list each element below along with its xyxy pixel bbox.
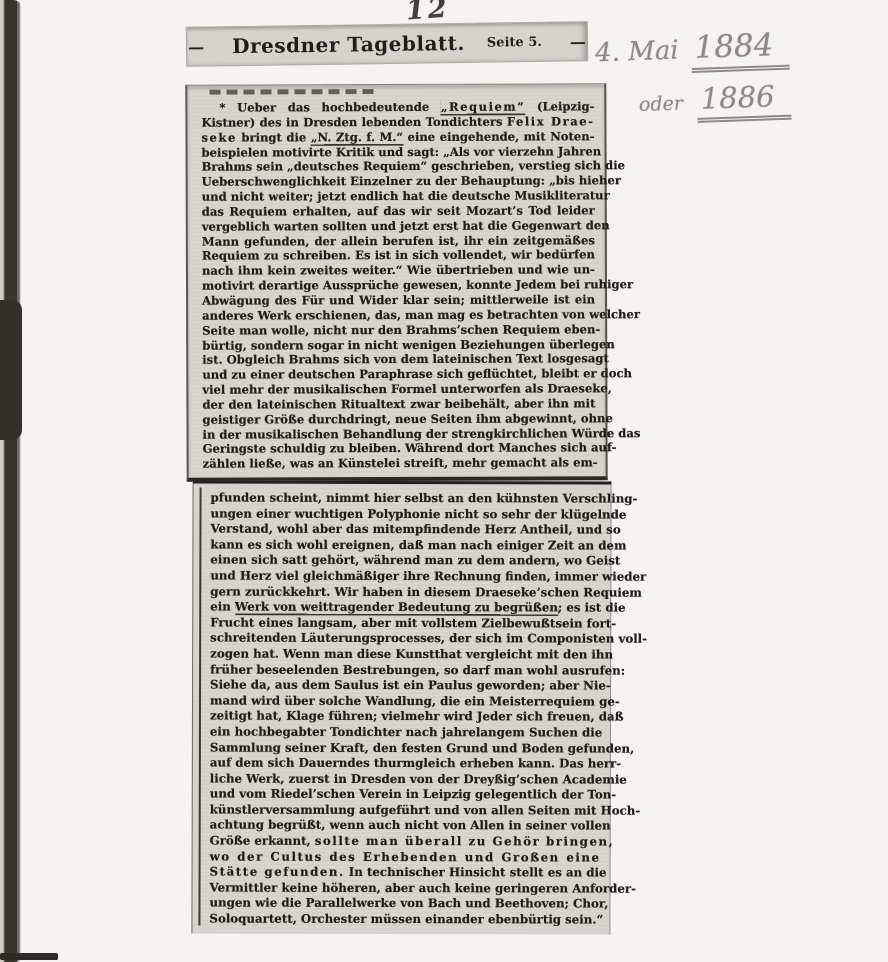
text-segment: Werk von weittragender Bedeutung zu begr… [235,600,558,615]
text-segment: pfunden scheint, nimmt hier selbst an de… [211,490,638,505]
text-line: schreitenden Läuterungsprocesses, der si… [210,631,601,648]
clipping2-text-column: pfunden scheint, nimmt hier selbst an de… [192,483,610,928]
text-segment: Kistner) des in Dresden lebenden Tondich… [201,114,507,129]
masthead-page-label: Seite 5. [487,34,542,50]
text-line: kann es sich wohl ereignen, daß man nach… [210,537,601,554]
text-segment: mand wird über solche Wandlung, die ein … [210,693,620,708]
text-segment: anderes Werk erschienen, das, man mag es… [202,307,640,323]
text-line: auf dem sich Dauerndes thurmgleich erheb… [210,756,601,773]
text-line: und nicht weiter; jetzt endlich hat die … [202,188,595,204]
text-segment: das Requiem erhalten, auf das wir seit M… [202,203,595,218]
text-segment: und vom Riedel’schen Verein in Leipzig g… [210,787,616,802]
date-year-1886: 1886 [696,79,791,123]
text-line: Kistner) des in Dresden lebenden Tondich… [201,114,594,130]
text-line: bürtig, sondern sogar in nicht wenigen B… [202,337,595,353]
text-segment: wo der Cultus des Erhebenden und Großen … [210,849,601,864]
text-line: künstlerversammlung aufgeführt und von a… [210,802,601,819]
text-line: Verstand, wohl aber das mitempfindende H… [210,522,601,539]
masthead-dash-left: — [188,37,204,56]
text-line: beispielen motivirte Kritik und sagt: „A… [202,144,595,160]
text-line: anderes Werk erschienen, das, man mag es… [202,307,595,323]
text-line: Geringste schuldig zu bleiben. Während d… [203,441,596,457]
text-line: achtung begrüßt, wenn auch nicht von All… [210,818,601,835]
text-segment: nach ihm kein zweites weiter.“ Wie übert… [202,263,595,278]
text-segment: ein hochbegabter Tondichter nach jahrela… [210,724,602,739]
text-segment: Brahms sein „deutsches Requiem“ geschrie… [202,159,625,174]
news-clipping-part-1: * Ueber das hochbedeutende „Requiem“ (Le… [185,83,607,481]
news-clipping-part-2: pfunden scheint, nimmt hier selbst an de… [191,480,611,934]
text-segment: Requiem zu schreiben. Es ist in sich vol… [202,248,595,263]
text-segment: Geringste schuldig zu bleiben. Während d… [203,441,617,456]
text-segment: zählen ließe, was an Künstelei streift, … [203,456,598,471]
cutoff-text-fragment [209,89,379,95]
text-segment: Größe erkannt, [210,834,315,848]
text-segment: (Leipzig- [525,99,594,113]
text-line: der den lateinischen Ritualtext zwar bei… [202,396,595,412]
date-oder-label: oder [639,92,684,116]
text-segment: sollte man überall zu Gehör bringen, [315,834,615,849]
text-segment: Siehe da, aus dem Saulus ist ein Paulus … [210,678,611,693]
clipping1-text-column: * Ueber das hochbedeutende „Requiem“ (Le… [187,96,605,472]
text-line: seke bringt die „N. Ztg. f. M.“ eine ein… [201,129,594,145]
text-segment: kann es sich wohl ereignen, daß man nach… [210,537,626,552]
text-segment: in der musikalischen Behandlung der stre… [203,426,641,442]
text-segment: vergeblich warten sollten und jetzt erst… [202,218,610,233]
text-segment: einen sich satt gehört, während man zu d… [210,553,620,568]
text-segment: Abwägung des Für und Wider klar sein; mi… [202,292,595,307]
text-segment: Vermittler keine höheren, aber auch kein… [210,880,636,895]
text-segment: der den lateinischen Ritualtext zwar bei… [202,396,595,411]
text-segment: Frucht eines langsam, aber mit vollstem … [210,615,616,630]
text-line: in der musikalischen Behandlung der stre… [203,426,596,442]
text-segment: schreitenden Läuterungsprocesses, der si… [210,631,647,646]
text-segment: Mann gefunden, der allein berufen ist, i… [202,233,595,248]
book-binding-edge [0,0,22,962]
text-segment: und zu einer deutschen Paraphrase sich g… [202,366,632,381]
text-line: zeitigt hat, Klage führen; vielmehr wird… [210,709,601,726]
text-line: geistiger Größe durchdringt, neue Seiten… [202,411,595,427]
text-segment: ist. Obgleich Brahms sich von dem latein… [202,352,609,367]
text-line: einen sich satt gehört, während man zu d… [210,553,601,570]
masthead-clipping: — Dresdner Tageblatt. Seite 5. — [186,21,589,67]
text-segment: eine eingehende, mit Noten- [403,129,595,144]
text-segment: beispielen motivirte Kritik und sagt: „A… [202,144,602,159]
text-segment: Stätte gefunden. [210,865,345,879]
date-line-2: oder 1886 [596,79,792,127]
text-segment: bringt die [237,130,311,144]
text-line: das Requiem erhalten, auf das wir seit M… [202,203,595,219]
text-segment: Verstand, wohl aber das mitempfindende H… [210,522,620,537]
text-line: und zu einer deutschen Paraphrase sich g… [202,366,595,382]
text-segment: zeitigt hat, Klage führen; vielmehr wird… [210,709,624,724]
text-line: Mann gefunden, der allein berufen ist, i… [202,233,595,249]
text-segment: früher beseelenden Bestrebungen, so darf… [210,662,625,677]
text-segment: seke [201,130,236,144]
text-line: ungen einer wuchtigen Polyphonie nicht s… [210,506,601,523]
text-line: und vom Riedel’schen Verein in Leipzig g… [210,787,601,804]
text-segment: bürtig, sondern sogar in nicht wenigen B… [202,337,615,352]
handwritten-date-annotation: 4. Mai 1884 oder 1886 [594,27,792,127]
text-segment: „N. Ztg. f. M.“ [311,130,403,144]
text-line: Seite man wolle, nicht nur den Brahms’sc… [202,322,595,338]
text-line: Größe erkannt, sollte man überall zu Geh… [210,834,601,851]
text-segment: und Herz viel gleichmäßiger ihre Rechnun… [210,568,646,583]
text-line: Ueberschwenglichkeit Einzelner zu der Be… [202,174,595,190]
text-segment: geistiger Größe durchdringt, neue Seiten… [202,411,612,426]
text-segment: gern zurückkehrt. Wir haben in diesem Dr… [210,584,642,599]
text-segment: Soloquartett, Orchester müssen einander … [209,912,603,927]
text-segment: Felix Drae- [507,114,595,128]
text-line: Abwägung des Für und Wider klar sein; mi… [202,292,595,308]
text-segment: In technischer Hinsicht stellt es an die [345,865,607,880]
text-line: Siehe da, aus dem Saulus ist ein Paulus … [210,678,601,695]
text-line: pfunden scheint, nimmt hier selbst an de… [211,490,602,507]
text-segment: * Ueber das hochbedeutende [219,100,440,115]
text-segment: motivirt derartige Aussprüche gewesen, k… [202,277,633,293]
text-line: Vermittler keine höheren, aber auch kein… [210,880,601,897]
date-line-1: 4. Mai 1884 [594,27,790,77]
text-segment: Ueberschwenglichkeit Einzelner zu der Be… [202,173,621,188]
text-segment: ; es ist die [558,601,626,615]
text-line: motivirt derartige Aussprüche gewesen, k… [202,277,595,293]
text-segment: liche Werk, zuerst in Dresden von der Dr… [210,771,627,786]
text-line: zogen hat. Wenn man diese Kunstthat verg… [210,646,601,663]
text-line: zählen ließe, was an Künstelei streift, … [203,456,596,472]
text-line: und Herz viel gleichmäßiger ihre Rechnun… [210,568,601,585]
newspaper-title: Dresdner Tageblatt. [232,31,465,58]
text-line: wo der Cultus des Erhebenden und Großen … [210,849,601,866]
text-segment: achtung begrüßt, wenn auch nicht von All… [210,818,611,833]
text-line: gern zurückkehrt. Wir haben in diesem Dr… [210,584,601,601]
text-line: liche Werk, zuerst in Dresden von der Dr… [210,771,601,788]
text-segment: und nicht weiter; jetzt endlich hat die … [202,188,610,203]
text-line: nach ihm kein zweites weiter.“ Wie übert… [202,263,595,279]
scan-edge-mark [0,953,58,960]
text-segment: ungen wie die Parallelwerke von Bach und… [209,896,608,911]
text-line: mand wird über solche Wandlung, die ein … [210,693,601,710]
text-line: ein hochbegabter Tondichter nach jahrela… [210,724,601,741]
date-prefix: 4. Mai [595,36,680,69]
text-line: Brahms sein „deutsches Requiem“ geschrie… [202,159,595,175]
text-line: vergeblich warten sollten und jetzt erst… [202,218,595,234]
text-line: Soloquartett, Orchester müssen einander … [209,912,600,929]
text-segment: Sammlung seiner Kraft, den festen Grund … [210,740,634,755]
text-line: * Ueber das hochbedeutende „Requiem“ (Le… [201,99,594,115]
text-line: viel mehr der musikalischen Formel unter… [202,381,595,397]
text-line: Frucht eines langsam, aber mit vollstem … [210,615,601,632]
scanned-scrapbook-page: 12 — Dresdner Tageblatt. Seite 5. — 4. M… [0,0,888,962]
text-line: früher beseelenden Bestrebungen, so darf… [210,662,601,679]
text-segment: ein [210,600,235,614]
masthead-dash-right: — [570,32,586,51]
text-line: ein Werk von weittragender Bedeutung zu … [210,600,601,617]
text-line: ist. Obgleich Brahms sich von dem latein… [202,352,595,368]
date-year-1884: 1884 [690,27,790,73]
text-segment: viel mehr der musikalischen Formel unter… [202,381,611,396]
text-line: Stätte gefunden. In technischer Hinsicht… [210,865,601,882]
text-segment: „Requiem“ [441,100,526,114]
text-segment: ungen einer wuchtigen Polyphonie nicht s… [210,506,626,521]
text-line: ungen wie die Parallelwerke von Bach und… [209,896,600,913]
text-line: Requiem zu schreiben. Es ist in sich vol… [202,248,595,264]
text-segment: zogen hat. Wenn man diese Kunstthat verg… [210,646,613,661]
text-line: Sammlung seiner Kraft, den festen Grund … [210,740,601,757]
text-segment: Seite man wolle, nicht nur den Brahms’sc… [202,322,600,337]
text-segment: auf dem sich Dauerndes thurmgleich erheb… [210,756,621,771]
text-segment: künstlerversammlung aufgeführt und von a… [210,802,641,817]
